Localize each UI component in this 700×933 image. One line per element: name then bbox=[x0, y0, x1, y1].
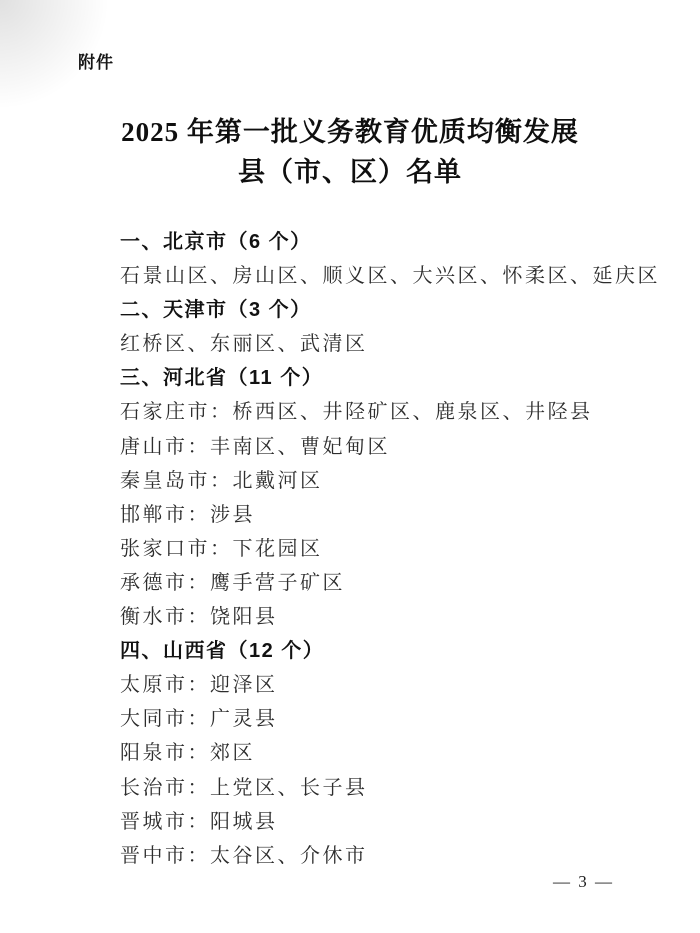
list-line: 阳泉市：郊区 bbox=[120, 736, 640, 770]
document-body: 一、北京市（6 个） 石景山区、房山区、顺义区、大兴区、怀柔区、延庆区 二、天津… bbox=[120, 225, 640, 873]
list-line: 长治市：上党区、长子县 bbox=[120, 771, 640, 805]
document-page: 附件 2025 年第一批义务教育优质均衡发展 县（市、区）名单 一、北京市（6 … bbox=[0, 0, 700, 933]
section-heading-shanxi: 四、山西省（12 个） bbox=[120, 634, 640, 668]
list-line: 承德市：鹰手营子矿区 bbox=[120, 566, 640, 600]
page-title: 2025 年第一批义务教育优质均衡发展 县（市、区）名单 bbox=[0, 112, 700, 192]
section-heading-beijing: 一、北京市（6 个） bbox=[120, 225, 640, 259]
section-heading-hebei: 三、河北省（11 个） bbox=[120, 361, 640, 395]
list-line: 石景山区、房山区、顺义区、大兴区、怀柔区、延庆区 bbox=[120, 259, 640, 293]
list-line: 红桥区、东丽区、武清区 bbox=[120, 327, 640, 361]
list-line: 太原市：迎泽区 bbox=[120, 668, 640, 702]
list-line: 晋中市：太谷区、介休市 bbox=[120, 839, 640, 873]
list-line: 唐山市：丰南区、曹妃甸区 bbox=[120, 430, 640, 464]
page-title-line-1: 2025 年第一批义务教育优质均衡发展 bbox=[0, 112, 700, 152]
list-line: 衡水市：饶阳县 bbox=[120, 600, 640, 634]
page-number: — 3 — bbox=[553, 872, 614, 892]
list-line: 秦皇岛市：北戴河区 bbox=[120, 464, 640, 498]
page-title-line-2: 县（市、区）名单 bbox=[0, 152, 700, 192]
attachment-label: 附件 bbox=[78, 48, 114, 73]
list-line: 邯郸市：涉县 bbox=[120, 498, 640, 532]
list-line: 张家口市：下花园区 bbox=[120, 532, 640, 566]
list-line: 大同市：广灵县 bbox=[120, 702, 640, 736]
section-heading-tianjin: 二、天津市（3 个） bbox=[120, 293, 640, 327]
list-line: 晋城市：阳城县 bbox=[120, 805, 640, 839]
list-line: 石家庄市：桥西区、井陉矿区、鹿泉区、井陉县 bbox=[120, 395, 640, 429]
